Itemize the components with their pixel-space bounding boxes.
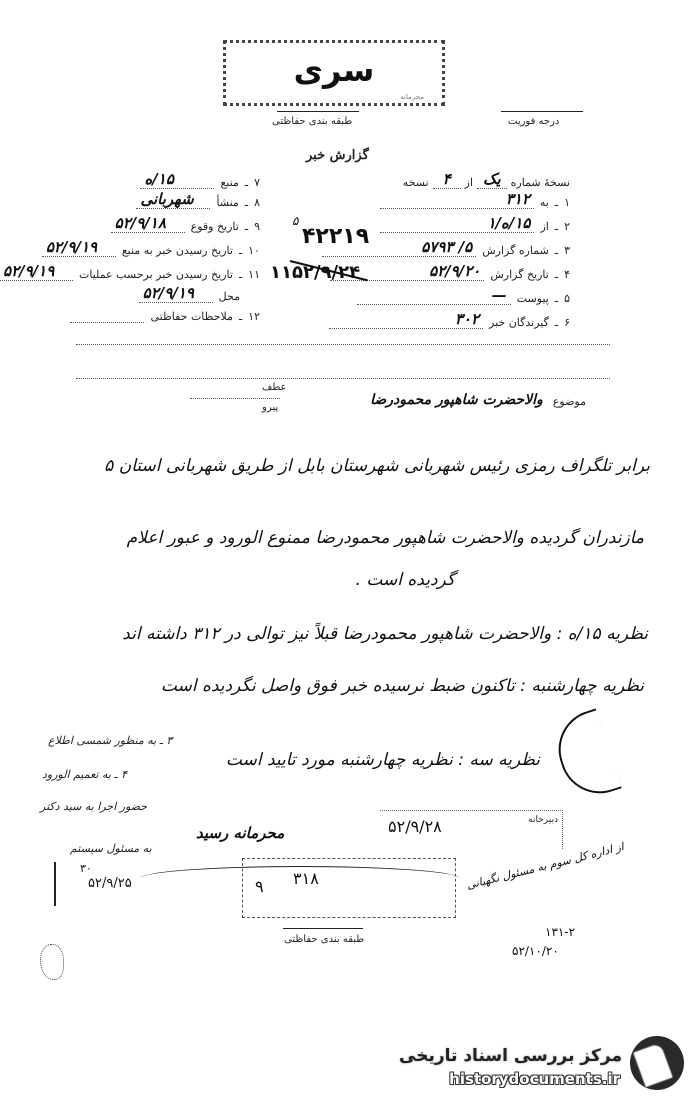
left-number: ۳۰	[80, 862, 92, 875]
watermark-logo	[628, 1034, 688, 1094]
field-value: ۵۲/۹/۱۸	[111, 214, 185, 233]
field-row-9: ۹ـتاریخ وقوع۵۲/۹/۱۸	[111, 214, 260, 233]
field-number: ۸	[254, 196, 260, 209]
field-number: ۷	[254, 176, 260, 189]
field-label: منشأ	[216, 196, 238, 209]
field-label: تاریخ رسیدن خبر به منبع	[122, 244, 233, 257]
field-row-12: محل۵۲/۹/۱۹	[139, 284, 240, 303]
field-row-5: ۵ـپیوست—	[357, 286, 570, 305]
registration-circle-mark: ۵	[292, 214, 298, 228]
field-label: تاریخ گزارش	[490, 268, 549, 281]
field-row-11: ۱۱ـتاریخ رسیدن خبر برحسب عملیات۵۲/۹/۱۹	[0, 262, 260, 281]
field-label: به	[540, 196, 549, 209]
watermark-url: historydocuments.ir	[449, 1070, 620, 1088]
body-line-5: نظریه چهارشنبه : تاکنون ضبط نرسیده خبر ف…	[161, 676, 644, 696]
field-row-6: ۶ـگیرندگان خبر۳۰۲	[329, 310, 570, 329]
margin-note-4: به مسئول سیستم	[70, 842, 152, 855]
field-value	[70, 322, 144, 323]
margin-note-1: ۳ ـ به منظور شمسی اطلاع	[48, 734, 172, 747]
field-row-13: ۱۲ـملاحظات حفاظتی	[70, 310, 260, 323]
field-number: ۳	[564, 244, 570, 257]
subject-value: والاحضرت شاهپور محمودرضا	[370, 392, 543, 408]
subject-row: موضوع والاحضرت شاهپور محمودرضا	[370, 392, 586, 408]
margin-note-2: ۴ ـ به تعمیم الورود	[42, 768, 127, 781]
copy-label-prefix: نسخهٔ شماره	[511, 176, 570, 189]
field-label: ملاحظات حفاظتی	[150, 310, 232, 323]
field-row-10: ۱۰ـتاریخ رسیدن خبر به منبع۵۲/۹/۱۹	[42, 238, 260, 257]
ref-label-top: عطف	[262, 382, 287, 393]
field-label: از	[540, 220, 548, 233]
field-value: —	[357, 286, 511, 305]
field-row-7: ۷ـمنبع۱۵/ه	[140, 170, 260, 189]
field-value: ۵۲/۹/۱۹	[0, 262, 73, 281]
header-separator	[76, 344, 610, 345]
field-row-2: ۲ـاز۱۵/ه/۱	[380, 214, 570, 233]
field-label: تاریخ رسیدن خبر برحسب عملیات	[79, 268, 233, 281]
priority-label: درجه فوریت	[508, 116, 559, 127]
registration-number: ۴۲۲۱۹	[302, 224, 369, 249]
receipt-stamp-label: دبیرخانه	[528, 815, 558, 825]
edge-scribble	[40, 944, 64, 980]
footer-classification-label: طبقه بندی حفاظتی	[284, 934, 364, 945]
watermark-name: مرکز بررسی اسناد تاریخی	[399, 1046, 622, 1066]
priority-underline	[501, 111, 583, 112]
field-number: ۹	[254, 220, 260, 233]
copy-total: ۴	[433, 170, 461, 189]
body-line-1: برابر تلگراف رمزی رئیس شهربانی شهرستان ب…	[104, 456, 650, 476]
field-number: ۶	[564, 316, 570, 329]
long-underline-swoosh	[140, 866, 460, 891]
classification-stamp: سری محرمانه	[223, 40, 445, 106]
body-line-2: مازندران گردیده والاحضرت شاهپور محمودرضا…	[127, 528, 644, 548]
field-label: شماره گزارش	[482, 244, 549, 257]
field-label: منبع	[220, 176, 238, 189]
registration-date: ۱۱۵۲/۹/۲۴	[270, 262, 360, 283]
receipt-stamp-top: دبیرخانه ۵۲/۹/۲۸	[380, 810, 563, 849]
field-number: ۲	[564, 220, 570, 233]
field-value: ۱۵/ه	[140, 170, 214, 189]
approval-arc-mark	[548, 708, 622, 803]
field-label: پیوست	[517, 292, 549, 305]
report-title: گزارش خبر	[306, 148, 369, 163]
field-label: تاریخ وقوع	[191, 220, 239, 233]
field-row-8: ۸ـمنشأشهربانی	[136, 190, 260, 209]
field-number: ۱۲	[248, 310, 260, 323]
margin-note-3: حضور اجرا به سید دکتر	[40, 800, 147, 813]
signature-line: محرمانه رسید	[196, 824, 284, 842]
receipt-stamp-date: ۵۲/۹/۲۸	[388, 817, 442, 836]
field-value: ۵۲/۹/۱۹	[42, 238, 116, 257]
body-line-4: نظریه ۱۵/ه : والاحضرت شاهپور محمودرضا قب…	[122, 624, 648, 644]
footer-classification-underline	[283, 928, 363, 929]
classification-underline	[277, 111, 359, 112]
field-number: ۱۰	[248, 244, 260, 257]
classification-stamp-subtext: محرمانه	[400, 93, 424, 101]
classification-label: طبقه بندی حفاظتی	[272, 116, 352, 127]
classification-stamp-text: سری	[226, 51, 442, 89]
field-number: ۱	[564, 196, 570, 209]
field-value: شهربانی	[136, 190, 210, 209]
copy-number-line: نسخهٔ شماره یک از ۴ نسخه	[403, 170, 570, 189]
field-number: ۵	[564, 292, 570, 305]
left-bracket-mark	[54, 862, 66, 906]
field-row-1: ۱ـبه۳۱۲	[380, 190, 570, 209]
field-label: گیرندگان خبر	[489, 316, 549, 329]
field-value: ۳۱۲	[380, 190, 534, 209]
ref-label-bottom: پیرو	[262, 402, 278, 413]
right-number: ۱۳۱-۲	[545, 925, 575, 939]
field-number: ۱۱	[248, 268, 260, 281]
copy-number: یک	[477, 170, 507, 189]
field-label: محل	[219, 290, 240, 303]
subject-separator-top	[76, 378, 610, 379]
right-date: ۵۲/۱۰/۲۰	[512, 944, 559, 958]
left-date: ۵۲/۹/۲۵	[88, 876, 132, 891]
field-value: ۵۲/۹/۱۹	[139, 284, 213, 303]
copy-label-from: از	[465, 176, 473, 189]
field-value: ۳۰۲	[329, 310, 483, 329]
subject-label: موضوع	[553, 395, 586, 408]
field-value: ۱۵/ه/۱	[380, 214, 534, 233]
ref-separator	[190, 398, 280, 399]
body-line-3: گردیده است .	[356, 570, 455, 590]
field-number: ۴	[564, 268, 570, 281]
copy-label-suffix: نسخه	[403, 176, 429, 189]
body-line-6: نظریه سه : نظریه چهارشنبه مورد تایید است	[226, 750, 540, 770]
